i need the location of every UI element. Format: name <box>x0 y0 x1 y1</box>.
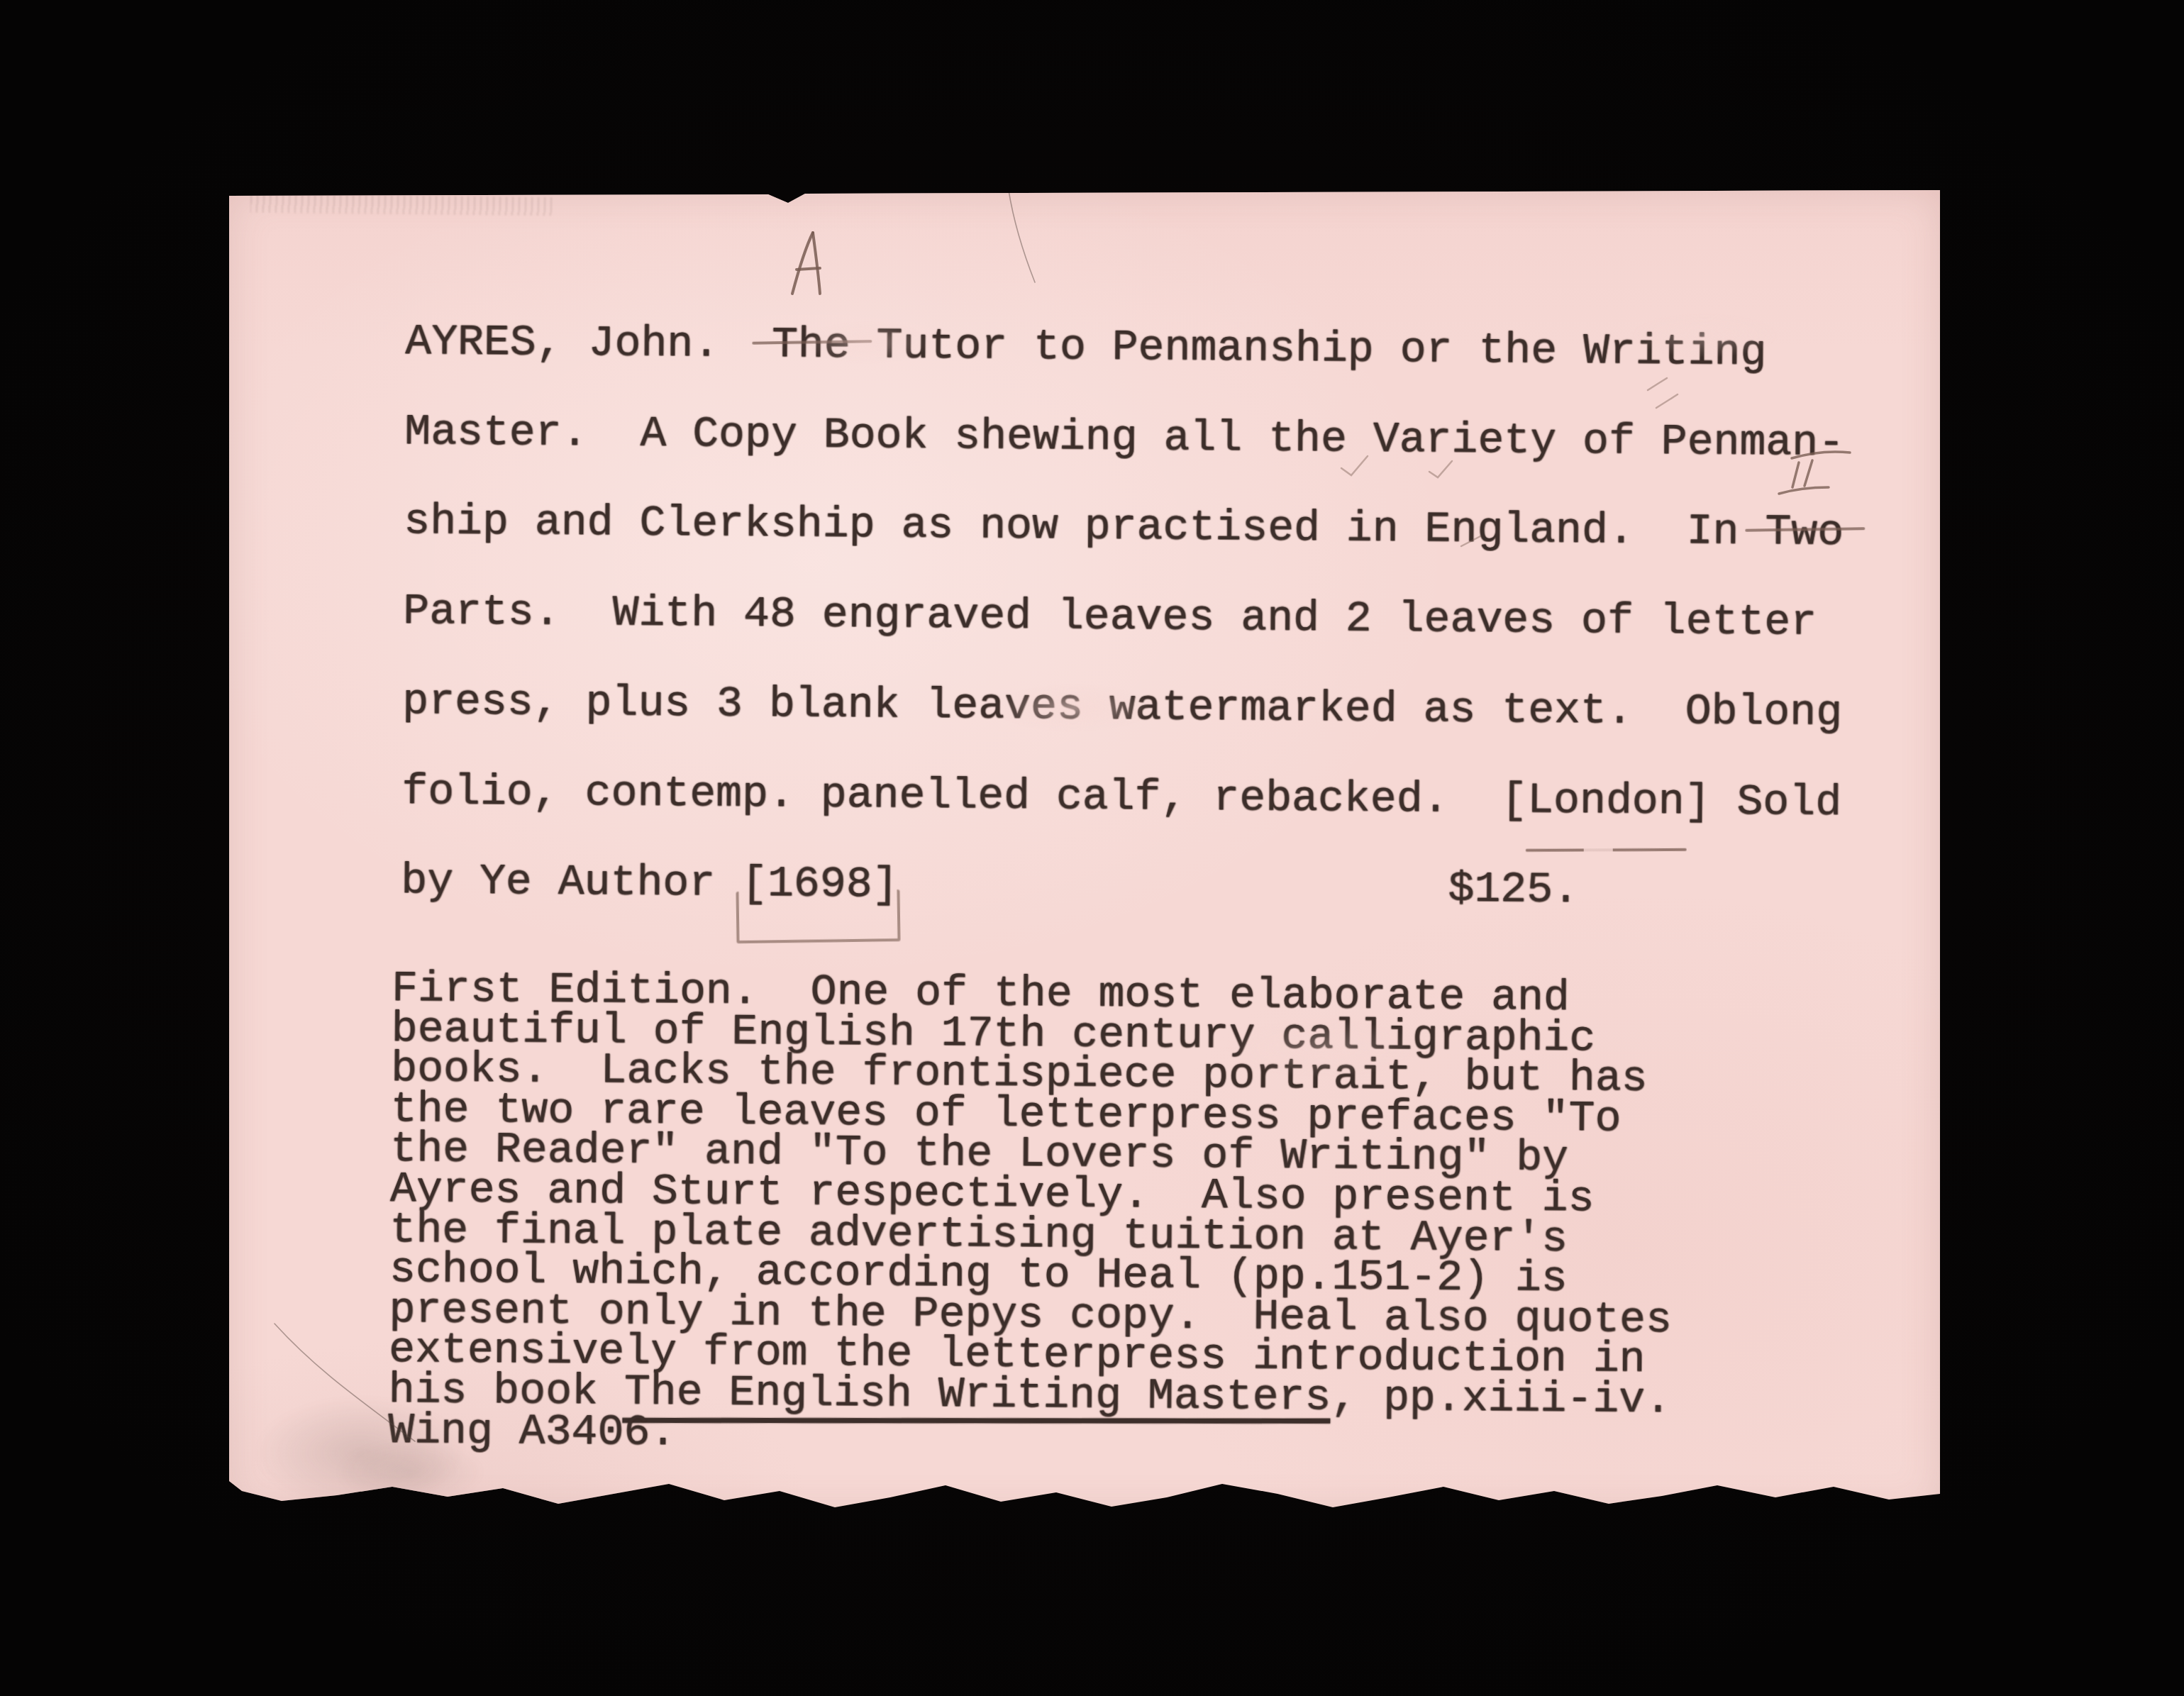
pencil-letter-a-icon <box>782 226 832 296</box>
typed-segment-pencil-strike: The <box>771 301 850 392</box>
typed-segment <box>898 841 1448 936</box>
bibliographic-entry-block: AYRES, John. The Tutor to Penmanship or … <box>401 298 1846 938</box>
typed-segment: ] Sold <box>1684 758 1841 848</box>
cataloguer-note-block: First Edition. One of the most elaborate… <box>388 970 1675 1461</box>
typed-segment: Tutor to Penmanship or the Writing <box>850 301 1767 399</box>
typed-segment: Parts. With 48 engraved leaves and 2 lea… <box>403 567 1817 668</box>
typed-segment-ink-underline: The English Writing Masters <box>624 1373 1331 1418</box>
typed-line: ship and Clerkship as now practised in E… <box>404 477 1844 579</box>
typed-segment: folio, contemp. panelled calf, rebacked.… <box>401 747 1528 846</box>
pencil-annotation-inserted-a: A <box>782 226 832 296</box>
typed-segment: by Ye Author <box>401 837 742 929</box>
pencil-numeral-ii-icon <box>1772 447 1864 502</box>
typed-segment: ship and Clerkship as now practised in E… <box>404 477 1766 578</box>
typed-line: AYRES, John. The Tutor to Penmanship or … <box>405 298 1846 399</box>
scan-background: AYRES, John. The Tutor to Penmanship or … <box>0 0 2184 1696</box>
pencil-annotation-roman-two: II <box>1772 447 1864 502</box>
typed-line: press, plus 3 blank leaves watermarked a… <box>402 658 1843 759</box>
typed-segment-pencil-underline: London <box>1527 756 1685 847</box>
typed-segment: AYRES, John. <box>405 298 772 391</box>
typed-segment: Master. A Copy Book shewing all the Vari… <box>404 388 1845 489</box>
typed-segment: Wing A3406. <box>388 1411 676 1453</box>
typed-segment: , pp.xiii-iv. <box>1331 1378 1671 1421</box>
typed-line: Master. A Copy Book shewing all the Vari… <box>404 388 1845 489</box>
typed-line: by Ye Author [1698] $125. <box>401 837 1841 938</box>
catalog-index-card: AYRES, John. The Tutor to Penmanship or … <box>229 190 1940 1513</box>
typed-segment-pencil-box: [1698] <box>741 840 899 931</box>
typed-text-layer: AYRES, John. The Tutor to Penmanship or … <box>218 190 1940 1526</box>
typed-segment: press, plus 3 blank leaves watermarked a… <box>402 658 1843 759</box>
price: $125. <box>1448 846 1580 936</box>
typed-line: folio, contemp. panelled calf, rebacked.… <box>401 747 1842 848</box>
typed-line: Parts. With 48 engraved leaves and 2 lea… <box>403 567 1844 669</box>
